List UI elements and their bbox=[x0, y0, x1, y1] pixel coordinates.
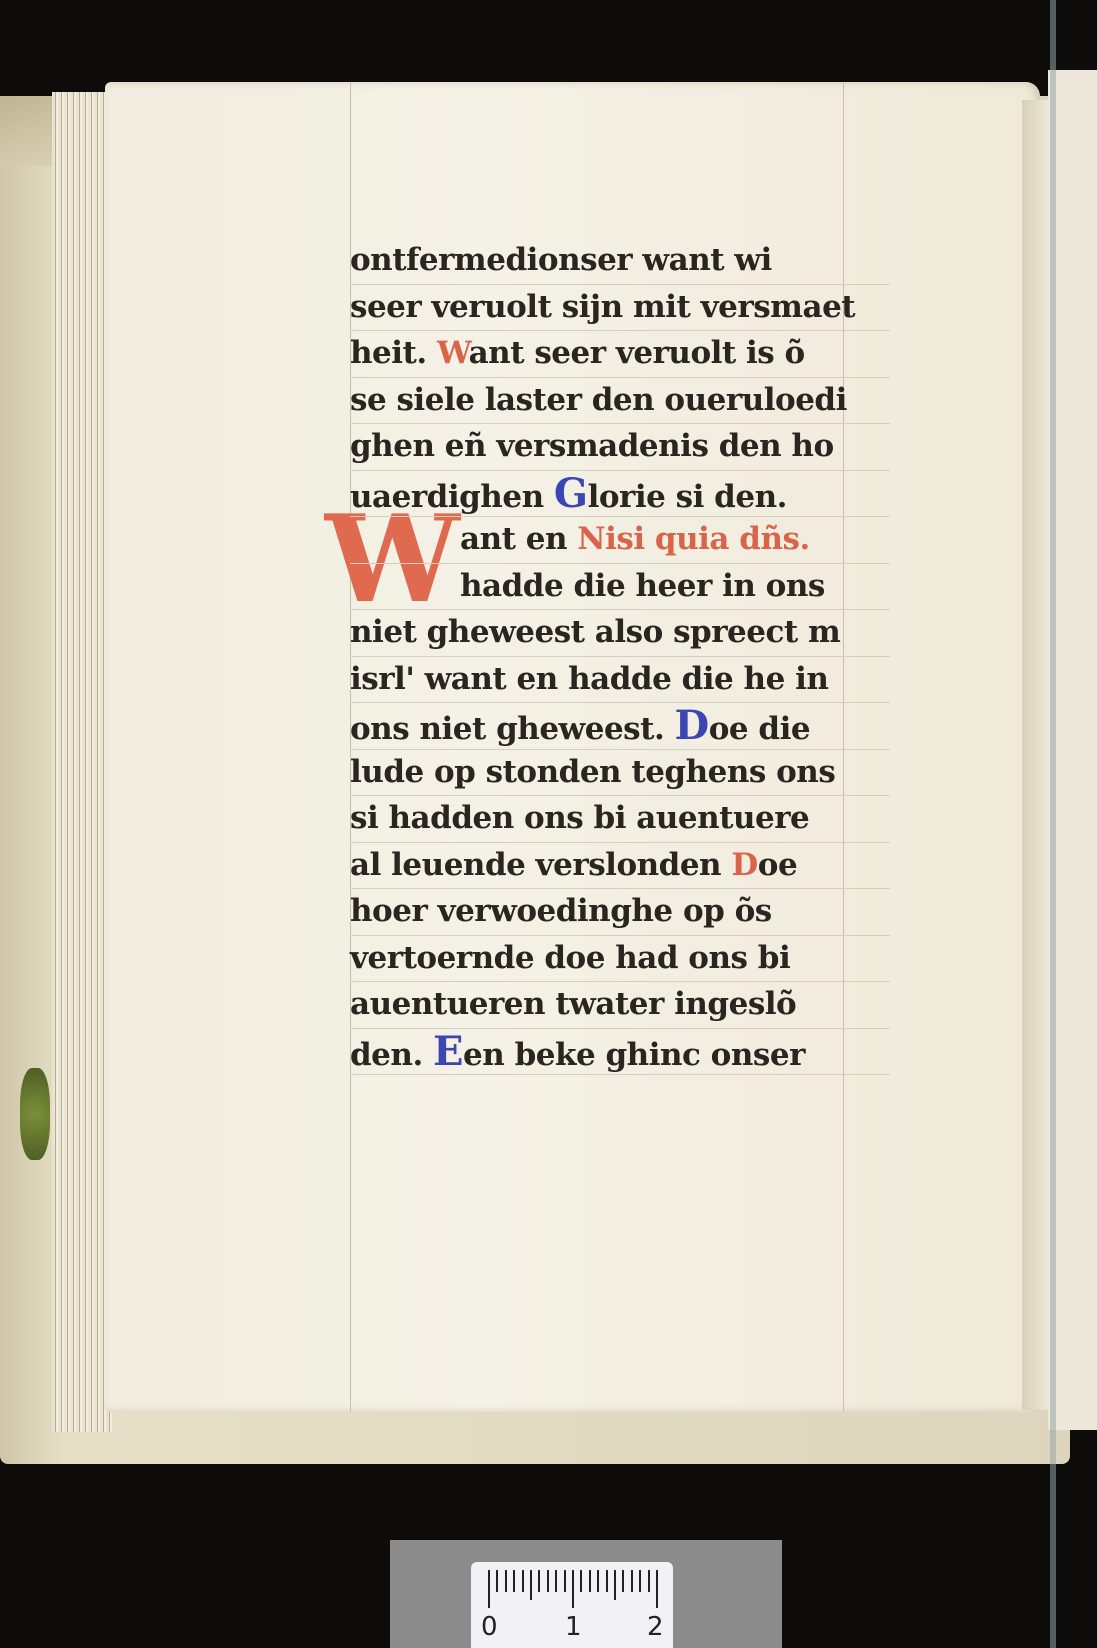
text-span: heit. bbox=[350, 335, 437, 371]
text-line: den. Een beke ghinc onser bbox=[350, 1029, 890, 1076]
text-line: niet gheweest also spreect m bbox=[350, 610, 890, 657]
text-span: seer veruolt sijn mit versmaet bbox=[350, 289, 855, 325]
measurement-ruler: 0 1 2 bbox=[471, 1562, 673, 1648]
text-line: auentueren twater ingeslõ bbox=[350, 982, 890, 1029]
text-line: isrl' want en hadde die he in bbox=[350, 657, 890, 704]
text-line: se siele laster den oueruloedi bbox=[350, 378, 890, 425]
text-line: seer veruolt sijn mit versmaet bbox=[350, 285, 890, 332]
text-span: hadde die heer in ons bbox=[460, 568, 825, 604]
text-span: en beke ghinc onser bbox=[463, 1037, 805, 1073]
text-block: ontfermedionser want wiseer veruolt sijn… bbox=[350, 238, 890, 1075]
text-span: ant en bbox=[460, 521, 577, 557]
ruler-tick bbox=[648, 1570, 650, 1592]
text-line: ontfermedionser want wi bbox=[350, 238, 890, 285]
text-span: vertoernde doe had ons bi bbox=[350, 940, 790, 976]
ruler-tick bbox=[496, 1570, 498, 1592]
ruler-tick bbox=[522, 1570, 524, 1592]
rubric-text: G bbox=[554, 470, 588, 517]
glass-plate-edge bbox=[1050, 0, 1056, 1648]
text-span: se siele laster den oueruloedi bbox=[350, 382, 847, 418]
text-line: si hadden ons bi auentuere bbox=[350, 796, 890, 843]
ruler-label-2: 2 bbox=[647, 1612, 664, 1642]
text-span: lude op stonden teghens ons bbox=[350, 754, 835, 790]
text-span: lorie si den. bbox=[588, 479, 787, 515]
ruler-tick bbox=[622, 1570, 624, 1592]
text-span: den. bbox=[350, 1037, 433, 1073]
ruler-tick bbox=[555, 1570, 557, 1592]
ruler-tick bbox=[656, 1570, 658, 1608]
text-span: niet gheweest also spreect m bbox=[350, 614, 840, 650]
ruler-tick bbox=[530, 1570, 532, 1600]
text-span: isrl' want en hadde die he in bbox=[350, 661, 828, 697]
text-span: oe bbox=[758, 847, 797, 883]
ruler-tick bbox=[580, 1570, 582, 1592]
ruler-tick bbox=[547, 1570, 549, 1592]
text-span: oe die bbox=[709, 711, 810, 747]
ruler-tick bbox=[538, 1570, 540, 1592]
text-span: ons niet gheweest. bbox=[350, 711, 675, 747]
ruler-label-0: 0 bbox=[481, 1612, 498, 1642]
text-line: vertoernde doe had ons bi bbox=[350, 936, 890, 983]
text-span: ghen eñ versmadenis den ho bbox=[350, 428, 834, 464]
rubric-text: D bbox=[675, 702, 709, 749]
text-line: ons niet gheweest. Doe die bbox=[350, 703, 890, 750]
rubric-text: Nisi quia dñs. bbox=[577, 521, 809, 557]
text-span: auentueren twater ingeslõ bbox=[350, 986, 796, 1022]
ruler-tick bbox=[614, 1570, 616, 1600]
ruler-tick bbox=[505, 1570, 507, 1592]
ruler-tick bbox=[488, 1570, 490, 1608]
text-line: hadde die heer in ons bbox=[350, 564, 890, 611]
rubric-text: D bbox=[731, 847, 757, 883]
ruler-tick bbox=[572, 1570, 574, 1608]
text-line: uaerdighen Glorie si den. bbox=[350, 471, 890, 518]
text-span: ontfermedionser want wi bbox=[350, 242, 772, 278]
text-span: hoer verwoedinghe op õs bbox=[350, 893, 772, 929]
text-line: ghen eñ versmadenis den ho bbox=[350, 424, 890, 471]
ruler-tick bbox=[589, 1570, 591, 1592]
gutter bbox=[1022, 100, 1050, 1410]
ruler-tick bbox=[597, 1570, 599, 1592]
text-line: hoer verwoedinghe op õs bbox=[350, 889, 890, 936]
text-span: uaerdighen bbox=[350, 479, 554, 515]
ruler-tick bbox=[564, 1570, 566, 1592]
text-line: heit. Want seer veruolt is õ bbox=[350, 331, 890, 378]
text-line: al leuende verslonden Doe bbox=[350, 843, 890, 890]
text-span: al leuende verslonden bbox=[350, 847, 731, 883]
ruler-tick bbox=[631, 1570, 633, 1592]
ruler-tick bbox=[606, 1570, 608, 1592]
ruler-tick bbox=[513, 1570, 515, 1592]
text-span: si hadden ons bi auentuere bbox=[350, 800, 809, 836]
rubric-text: W bbox=[437, 335, 469, 371]
rubric-text: E bbox=[433, 1028, 463, 1075]
ruler-label-1: 1 bbox=[565, 1612, 582, 1642]
text-line: lude op stonden teghens ons bbox=[350, 750, 890, 797]
page-edges bbox=[52, 92, 112, 1432]
text-span: ant seer veruolt is õ bbox=[469, 335, 805, 371]
ruler-tick bbox=[639, 1570, 641, 1592]
text-line: ant en Nisi quia dñs. bbox=[350, 517, 890, 564]
binding-thread bbox=[20, 1068, 50, 1160]
